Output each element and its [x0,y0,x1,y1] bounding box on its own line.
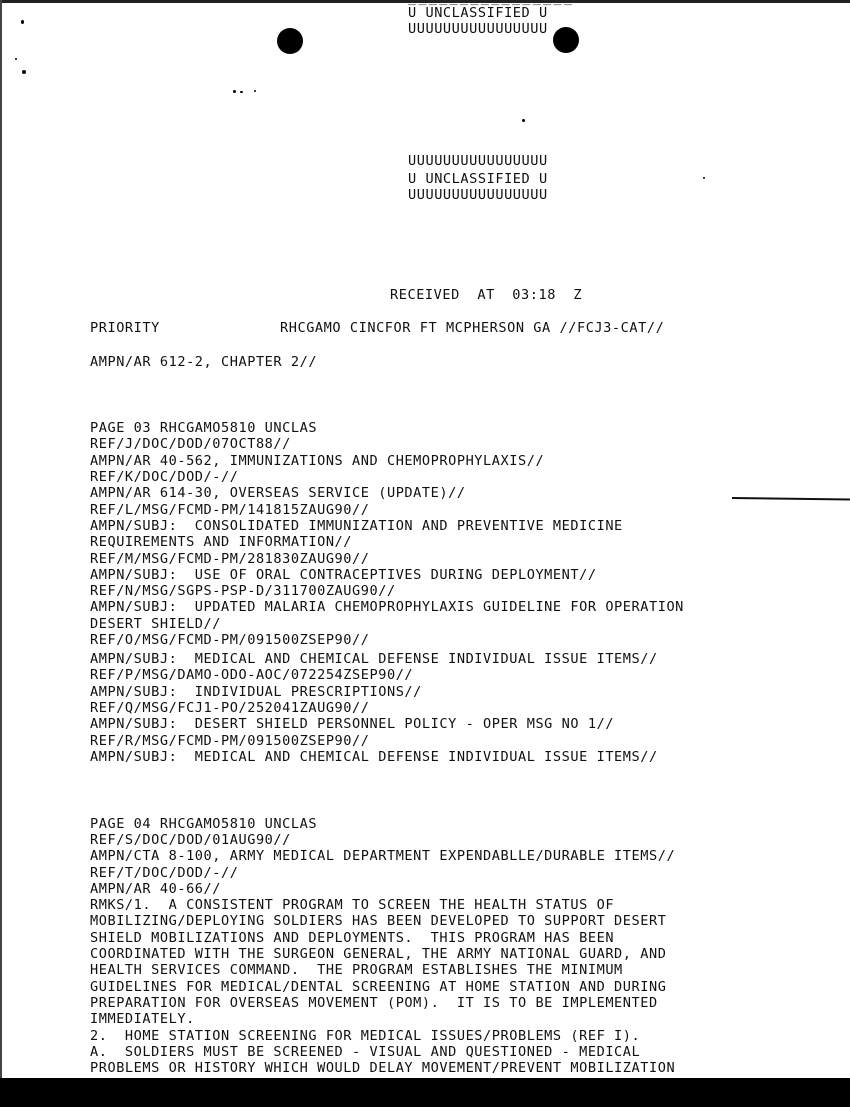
scan-bottom-edge [0,1078,850,1107]
ampn-line: AMPN/SUBJ: UPDATED MALARIA CHEMOPROPHYLA… [90,599,684,615]
classification-banner-mid-u-row-2: UUUUUUUUUUUUUUUU [408,187,548,203]
ampn-continuation: DESERT SHIELD// [90,616,221,632]
ref-line: REF/T/DOC/DOD/-// [90,865,238,881]
ref-line: REF/O/MSG/FCMD-PM/091500ZSEP90// [90,632,370,648]
classification-banner-mid-label: U UNCLASSIFIED U [408,171,548,187]
ref-line: REF/M/MSG/FCMD-PM/281830ZAUG90// [90,551,370,567]
ampn-continuation: REQUIREMENTS AND INFORMATION// [90,534,352,550]
ref-line: REF/N/MSG/SGPS-PSP-D/311700ZAUG90// [90,583,396,599]
remarks-line: HEALTH SERVICES COMMAND. THE PROGRAM EST… [90,962,623,978]
ampn-line: AMPN/SUBJ: MEDICAL AND CHEMICAL DEFENSE … [90,651,658,667]
punch-hole-left [277,28,303,54]
scan-left-edge [0,0,2,1107]
ampn-ar-612: AMPN/AR 612-2, CHAPTER 2// [90,354,317,370]
ampn-line: AMPN/AR 614-30, OVERSEAS SERVICE (UPDATE… [90,485,466,501]
remarks-line: MOBILIZING/DEPLOYING SOLDIERS HAS BEEN D… [90,913,666,929]
remarks-line: GUIDELINES FOR MEDICAL/DENTAL SCREENING … [90,979,666,995]
page-04-header: PAGE 04 RHCGAMO5810 UNCLAS [90,816,317,832]
ampn-line: AMPN/SUBJ: DESERT SHIELD PERSONNEL POLIC… [90,716,614,732]
scan-speck [254,90,256,92]
scan-speck [22,70,26,74]
remarks-line: IMMEDIATELY. [90,1011,195,1027]
classification-banner-top-u-row: UUUUUUUUUUUUUUUU [408,21,548,37]
remarks-line: SHIELD MOBILIZATIONS AND DEPLOYMENTS. TH… [90,930,614,946]
ref-line: REF/P/MSG/DAMO-ODO-AOC/072254ZSEP90// [90,667,413,683]
routing-line: RHCGAMO CINCFOR FT MCPHERSON GA //FCJ3-C… [280,320,664,336]
ref-line: REF/R/MSG/FCMD-PM/091500ZSEP90// [90,733,370,749]
classification-banner-mid-u-row-1: UUUUUUUUUUUUUUUU [408,153,548,169]
precedence-label: PRIORITY [90,320,160,336]
ampn-line: AMPN/SUBJ: CONSOLIDATED IMMUNIZATION AND… [90,518,623,534]
remarks-line: 2. HOME STATION SCREENING FOR MEDICAL IS… [90,1028,640,1044]
ref-line: REF/S/DOC/DOD/01AUG90// [90,832,291,848]
ref-line: REF/L/MSG/FCMD-PM/141815ZAUG90// [90,502,370,518]
scan-speck [233,90,236,93]
remarks-line: PROBLEMS OR HISTORY WHICH WOULD DELAY MO… [90,1060,675,1076]
ampn-line: AMPN/AR 40-562, IMMUNIZATIONS AND CHEMOP… [90,453,544,469]
ref-line: REF/Q/MSG/FCJ1-PO/252041ZAUG90// [90,700,370,716]
ref-line: REF/J/DOC/DOD/07OCT88// [90,436,291,452]
margin-rule-line [732,497,850,500]
remarks-line: PREPARATION FOR OVERSEAS MOVEMENT (POM).… [90,995,658,1011]
ampn-line: AMPN/SUBJ: USE OF ORAL CONTRACEPTIVES DU… [90,567,597,583]
scan-speck [522,119,525,122]
classification-banner-top-label: U UNCLASSIFIED U [408,5,548,21]
ref-line: REF/K/DOC/DOD/-// [90,469,238,485]
punch-hole-right [553,27,579,53]
ampn-line: AMPN/SUBJ: MEDICAL AND CHEMICAL DEFENSE … [90,749,658,765]
scan-speck [240,91,243,93]
remarks-line: COORDINATED WITH THE SURGEON GENERAL, TH… [90,946,666,962]
ampn-line: AMPN/AR 40-66// [90,881,221,897]
scan-speck [21,20,24,24]
remarks-line: A. SOLDIERS MUST BE SCREENED - VISUAL AN… [90,1044,640,1060]
scan-speck [703,177,705,179]
received-time: RECEIVED AT 03:18 Z [390,287,582,303]
ampn-line: AMPN/CTA 8-100, ARMY MEDICAL DEPARTMENT … [90,848,675,864]
page-03-header: PAGE 03 RHCGAMO5810 UNCLAS [90,420,317,436]
ampn-line: AMPN/SUBJ: INDIVIDUAL PRESCRIPTIONS// [90,684,422,700]
scan-speck [15,58,17,60]
remarks-line: RMKS/1. A CONSISTENT PROGRAM TO SCREEN T… [90,897,614,913]
